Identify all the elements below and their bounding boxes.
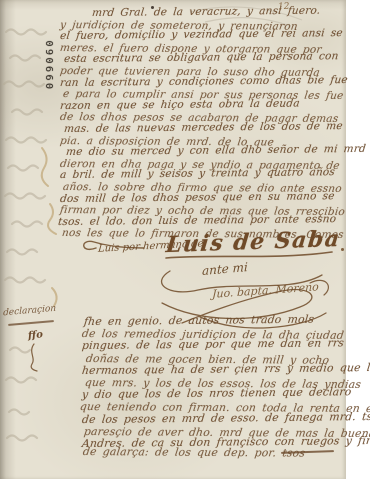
manuscript-line: fhe en genio. de autos nos trado mols <box>83 314 314 327</box>
manuscript-line: hermanos que ha de ser çien rrs y medio … <box>81 362 370 376</box>
manuscript-line: y dio que los de los nros tienen que dec… <box>81 386 352 400</box>
manuscript-line: pingues. de las que por que me dan en rr… <box>81 338 344 352</box>
margin-rubric: ffo <box>27 329 43 342</box>
manuscript-line: de los pesos en mrd de esso. de fanega m… <box>81 410 370 424</box>
manuscript-line: razon en que se hiço esta obra la deuda <box>59 98 300 112</box>
margin-rubric-flourish <box>26 342 46 372</box>
manuscript-line: dos mill de los dhos pesos que en su man… <box>59 191 335 205</box>
manuscript-line: de galarça: de los que dep. por. tsos <box>82 446 306 459</box>
archive-stamp-number: 090660 <box>40 36 54 96</box>
manuscript-scan: 12 090660 mrd Gral. de la veracruz, y an… <box>0 0 370 479</box>
ink-dot <box>341 248 344 251</box>
